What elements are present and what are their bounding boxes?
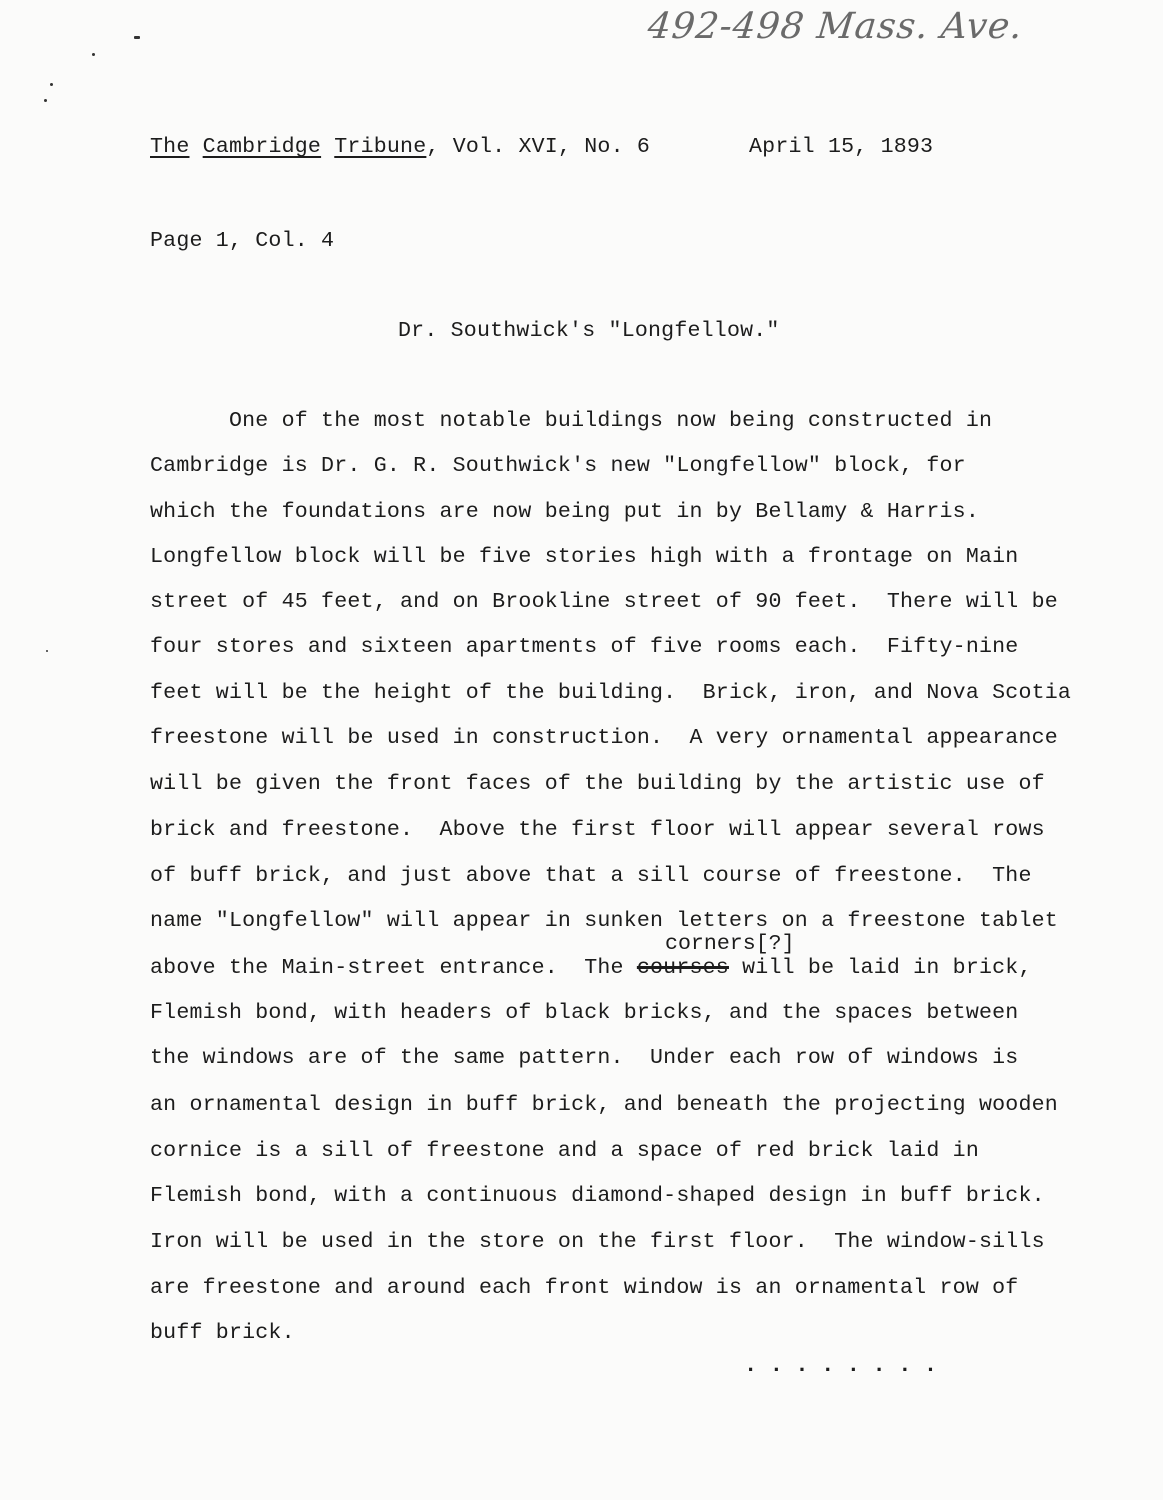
body-line: brick and freestone. Above the first flo… (150, 820, 1045, 842)
body-line: an ornamental design in buff brick, and … (150, 1095, 1058, 1117)
body-line: freestone will be used in construction. … (150, 728, 1058, 750)
speck-mark (50, 83, 53, 86)
body-line: Iron will be used in the store on the fi… (150, 1232, 1045, 1254)
publication-word: Tribune (334, 135, 426, 159)
body-line: feet will be the height of the building.… (150, 683, 1071, 705)
body-line: four stores and sixteen apartments of fi… (150, 637, 1018, 659)
speck-mark (46, 650, 48, 652)
body-line: the windows are of the same pattern. Und… (150, 1048, 1018, 1070)
body-line: name "Longfellow" will appear in sunken … (150, 911, 1058, 933)
body-line: cornice is a sill of freestone and a spa… (150, 1141, 979, 1163)
volume-issue: , Vol. XVI, No. 6 (426, 135, 650, 159)
handwritten-address-note: 492-498 Mass. Ave. (646, 6, 1025, 47)
struck-out-word: courses (637, 956, 729, 980)
body-line: Flemish bond, with headers of black bric… (150, 1003, 1018, 1025)
body-line: Cambridge is Dr. G. R. Southwick's new "… (150, 456, 966, 478)
speck-mark (134, 36, 140, 39)
body-line: which the foundations are now being put … (150, 502, 979, 524)
body-line: Flemish bond, with a continuous diamond-… (150, 1186, 1045, 1208)
correction-before: above the Main-street entrance. The (150, 956, 637, 980)
citation-line: The Cambridge Tribune, Vol. XVI, No. 6 (150, 137, 650, 159)
body-line: will be given the front faces of the bui… (150, 774, 1045, 796)
body-line: One of the most notable buildings now be… (150, 411, 992, 433)
body-line: are freestone and around each front wind… (150, 1278, 1018, 1300)
article-title: Dr. Southwick's "Longfellow." (398, 321, 780, 343)
speck-mark (92, 53, 95, 56)
correction-after: will be laid in brick, (729, 956, 1032, 980)
body-line: buff brick. (150, 1323, 295, 1345)
body-line: street of 45 feet, and on Brookline stre… (150, 592, 1058, 614)
publication-word: The (150, 135, 189, 159)
speck-mark (44, 99, 47, 102)
handwritten-correction-insert: corners[?] (665, 934, 795, 956)
body-line: of buff brick, and just above that a sil… (150, 866, 1032, 888)
publication-word: Cambridge (203, 135, 321, 159)
page-column-reference: Page 1, Col. 4 (150, 231, 334, 253)
body-line: Longfellow block will be five stories hi… (150, 547, 1018, 569)
publication-date: April 15, 1893 (749, 137, 933, 159)
document-page: 492-498 Mass. Ave. The Cambridge Tribune… (0, 0, 1163, 1500)
end-of-article-dots: ........ (744, 1353, 950, 1378)
body-line-with-correction: above the Main-street entrance. The cour… (150, 958, 1032, 980)
